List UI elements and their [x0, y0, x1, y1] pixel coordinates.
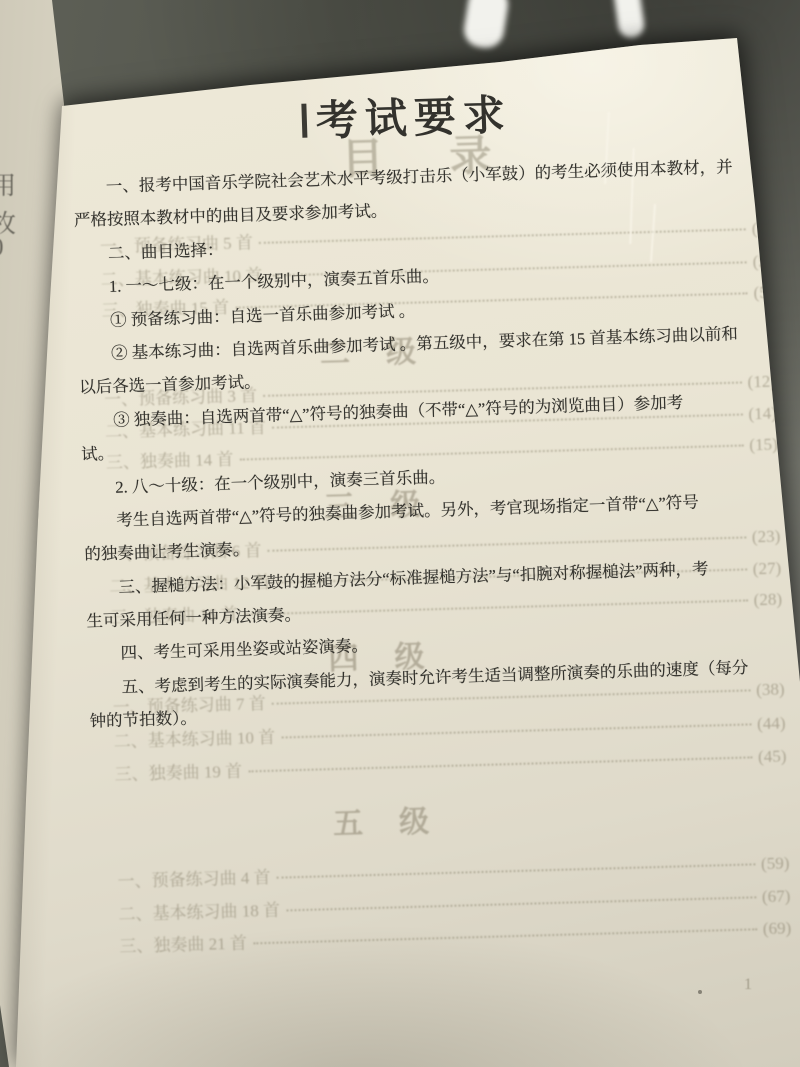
toc-section-heading-bleed: 五级 [332, 795, 465, 843]
toc-page-number: (59) [761, 853, 790, 874]
printed-content: 考试要求 一、报考中国音乐学院社会艺术水平考级打击乐（小军鼓）的考生必须使用本教… [70, 75, 762, 738]
toc-row-label: 二、基本练习曲 18 首 [118, 896, 280, 925]
toc-dotted-leader [277, 863, 756, 878]
faint-page-number: 1 [744, 976, 752, 994]
toc-page-number: (45) [758, 746, 787, 767]
toc-row-label: 三、独奏曲 21 首 [119, 929, 247, 958]
toc-row-label: 三、独奏曲 19 首 [114, 757, 242, 786]
body-text: 一、报考中国音乐学院社会艺术水平考级打击乐（小军鼓）的考生必须使用本教材，并严格… [72, 150, 761, 738]
toc-dotted-leader [286, 896, 756, 911]
toc-dotted-leader [253, 928, 757, 944]
title-side-mark [301, 104, 307, 138]
toc-dotted-leader [248, 756, 752, 772]
toc-page-number: (67) [762, 886, 791, 907]
toc-page-number: (5) [752, 252, 772, 273]
toc-page-number: (1) [752, 219, 772, 240]
paper-speck [698, 990, 702, 994]
toc-page-number: (69) [763, 918, 792, 939]
toc-page-number: (5) [753, 283, 773, 304]
book-page: 目录 一、预备练习曲 5 首(1)二、基本练习曲 10 首(5)三、独奏曲 15… [0, 0, 800, 1067]
page-title-text: 考试要求 [315, 90, 512, 145]
toc-page-number: (12) [747, 372, 776, 393]
page-title: 考试要求 [70, 75, 743, 146]
book-page-shadow-wrap: 目录 一、预备练习曲 5 首(1)二、基本练习曲 10 首(5)三、独奏曲 15… [0, 0, 800, 1067]
toc-row-label: 一、预备练习曲 4 首 [117, 863, 271, 892]
